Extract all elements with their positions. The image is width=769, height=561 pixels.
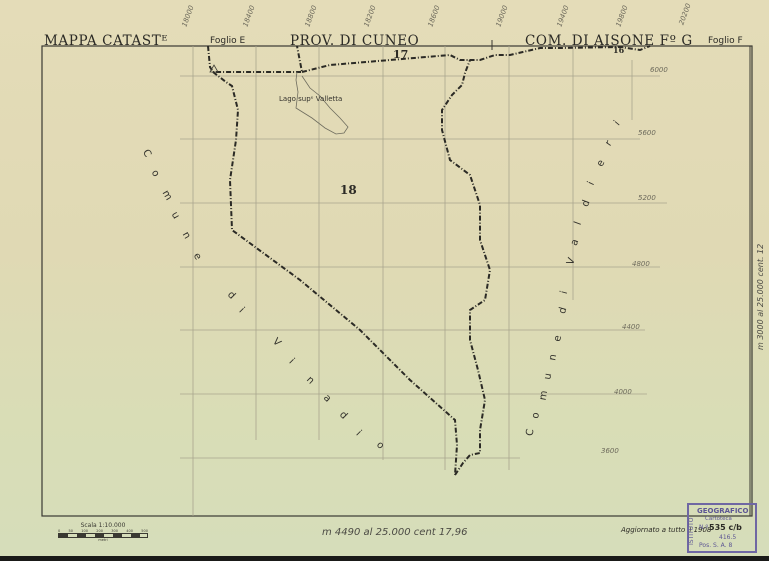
right-coordinate: 3600	[601, 447, 619, 455]
bottom-scale-note: m 4490 al 25.000 cent 17,96	[322, 527, 468, 538]
map-frame	[42, 46, 752, 516]
right-coordinate: 4400	[622, 323, 640, 331]
right-margin-note: m 3000 al 25.000 cent. 12	[756, 244, 765, 350]
institute-stamp: ISTITUTO GEOGRAFICO Cartoteca N.º 535 c/…	[687, 503, 757, 553]
map-drawing	[0, 0, 769, 556]
lake-outline	[296, 72, 348, 134]
coordinate-grid	[180, 46, 667, 516]
right-coordinate: 5600	[638, 129, 656, 137]
right-coordinate: 4800	[632, 260, 650, 268]
parcel-boundary	[208, 46, 650, 475]
parcel-number-16: 16	[613, 45, 624, 55]
parcel-number-18: 18	[340, 183, 357, 197]
right-coordinate: 4000	[614, 388, 632, 396]
scale-label: Scala 1:10.000	[58, 522, 148, 529]
parcel-number-17: 17	[393, 48, 408, 61]
lake-label: Lago supᵉ Valletta	[279, 95, 342, 103]
right-coordinate: 6000	[650, 66, 668, 74]
scale-bar: Scala 1:10.000 0 50 100 200 300 400 500 …	[58, 522, 148, 542]
map-sheet: MAPPA CATASTᴱ Foglio E PROV. DI CUNEO CO…	[0, 0, 769, 556]
scan-edge	[0, 556, 769, 561]
scale-unit: metri	[58, 538, 148, 542]
right-coordinate: 5200	[638, 194, 656, 202]
